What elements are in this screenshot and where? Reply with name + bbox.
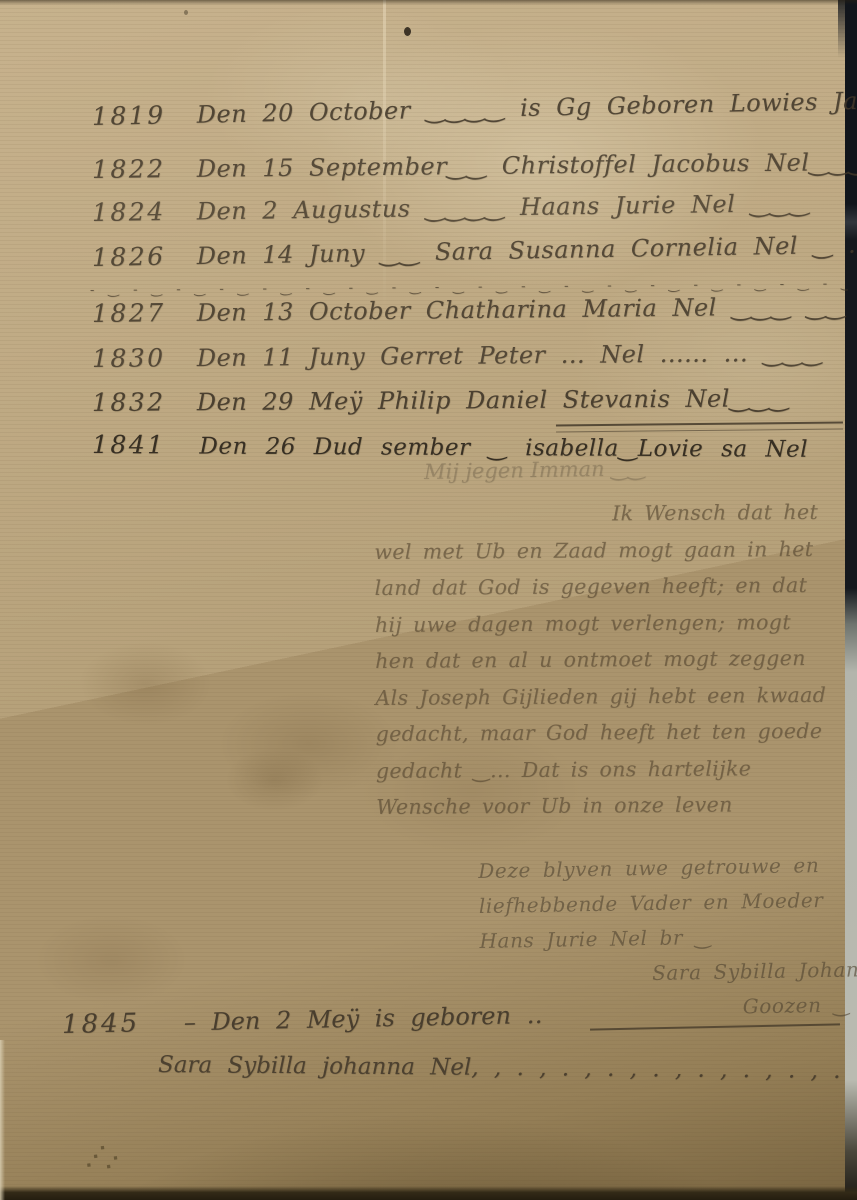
entry-year: 1830: [92, 343, 166, 373]
devotional-note: Ik Wensch dat het wel met Ub en Zaad mog…: [374, 494, 827, 826]
entry-year: 1819: [92, 100, 166, 131]
devotion-line: land dat God is gegeven heeft; en dat: [375, 567, 826, 607]
devotion-line: Wensche voor Ub in onze leven: [376, 786, 827, 826]
page-edge-left: [0, 1040, 5, 1200]
entry-text: Den 11 Juny Gerret Peter ... Nel ...... …: [197, 339, 823, 372]
faint-overwritten-line: Mij jegen Imman ‿‿: [424, 456, 645, 484]
register-entry-1841: 1841 Den 26 Dud sember ‿ isabella‿Lovie …: [92, 430, 808, 463]
signature-line: liefhebbende Vader en Moeder: [479, 882, 857, 924]
entry-year: 1827: [92, 298, 166, 328]
ink-speck: [184, 10, 188, 15]
ink-speck: [404, 27, 411, 36]
entry-text-underlined: Stevanis Nel‿‿‿: [563, 384, 790, 414]
entry-year: 1822: [92, 154, 166, 184]
devotion-line: gedacht ‿... Dat is ons hartelijke: [376, 749, 827, 789]
devotion-line: Ik Wensch dat het: [374, 494, 825, 534]
entry-year: 1826: [92, 242, 166, 272]
entry-year: 1845: [62, 1008, 141, 1040]
entry-text: Den 29 Meÿ Philip Daniel: [197, 386, 563, 417]
register-entry-1832: 1832 Den 29 Meÿ Philip Daniel Stevanis N…: [92, 383, 789, 417]
devotion-line: hen dat en al u ontmoet mogt zeggen: [375, 640, 826, 680]
page-edge-top: [0, 0, 857, 5]
entry-year: 1824: [92, 197, 166, 227]
devotion-line: wel met Ub en Zaad mogt gaan in het: [374, 530, 825, 570]
page-edge-bottom: [0, 1186, 857, 1200]
manuscript-photo: 1819 Den 20 October ‿‿‿‿ is Gg Geboren L…: [0, 0, 857, 1200]
devotion-line: Als Joseph Gijlieden gij hebt een kwaad: [375, 676, 826, 716]
devotion-line: gedacht, maar God heeft het ten goede: [376, 713, 827, 753]
entry-year: 1832: [92, 387, 166, 417]
entry-year: 1841: [92, 430, 166, 459]
devotion-line: hij uwe dagen mogt verlengen; mogt: [375, 603, 826, 643]
